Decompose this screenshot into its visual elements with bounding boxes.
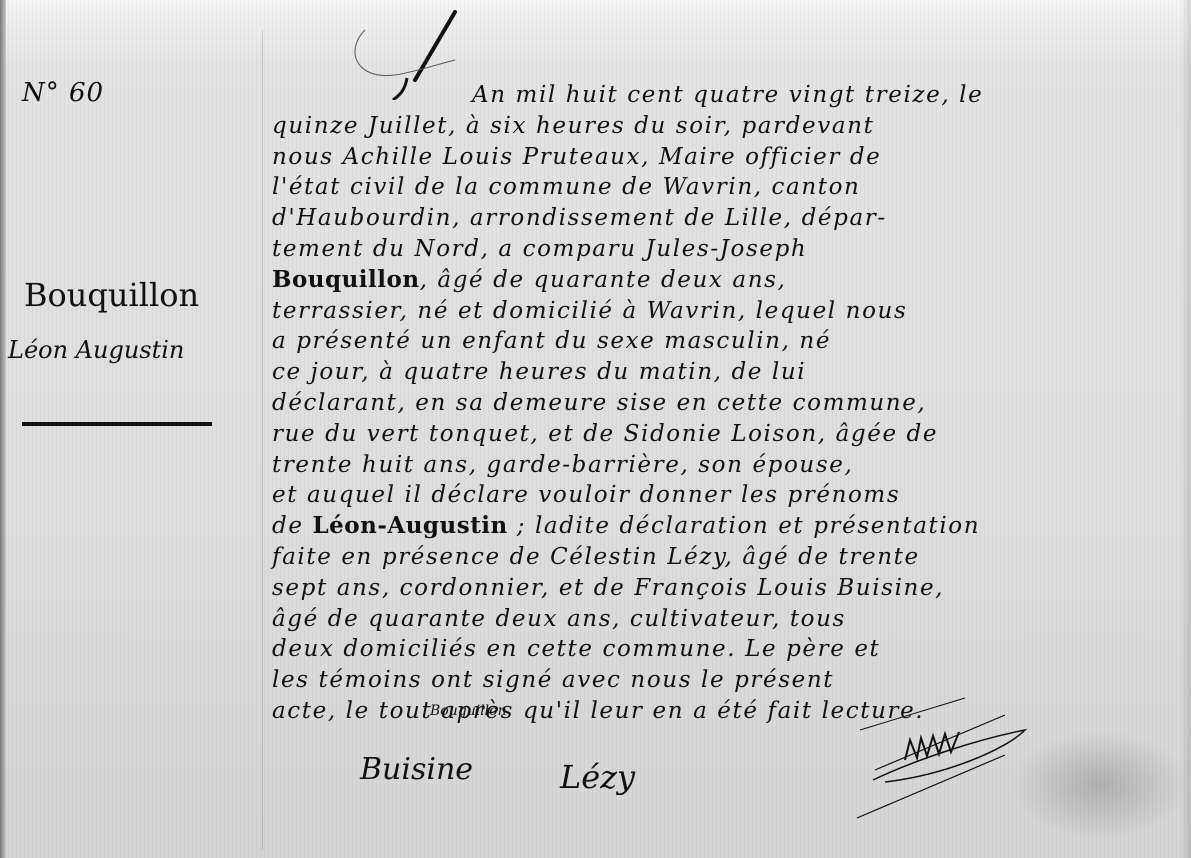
record-line: faite en présence de Célestin Lézy, âgé … (272, 542, 1184, 573)
father-surname: Bouquillon (272, 266, 420, 293)
ink-smudge (1010, 730, 1190, 840)
signature-witness-1: Buisine (360, 752, 473, 787)
record-line: et auquel il déclare vouloir donner les … (272, 480, 1184, 511)
margin-rule (262, 30, 263, 850)
record-line-rest: ; ladite déclaration et présentation (508, 513, 980, 539)
record-line: sept ans, cordonnier, et de François Lou… (272, 573, 1184, 604)
record-line: ce jour, à quatre heures du matin, de lu… (272, 357, 1184, 388)
record-line: Bouquillon, âgé de quarante deux ans, (272, 265, 1184, 296)
record-line: rue du vert tonquet, et de Sidonie Loiso… (272, 419, 1184, 450)
record-line: terrassier, né et domicilié à Wavrin, le… (272, 296, 1184, 327)
record-line: quinze Juillet, à six heures du soir, pa… (272, 111, 1184, 142)
record-line: nous Achille Louis Pruteaux, Maire offic… (272, 142, 1184, 173)
record-line: An mil huit cent quatre vingt treize, le (272, 80, 1184, 111)
signature-witness-2: Lézy (560, 758, 635, 796)
record-line: tement du Nord, a comparu Jules-Joseph (272, 234, 1184, 265)
act-number: N° 60 (22, 78, 104, 108)
page-binding-edge (0, 0, 6, 858)
child-names: Léon-Augustin (312, 512, 507, 539)
signature-father: Bouquillon (430, 703, 507, 719)
record-line: de Léon-Augustin ; ladite déclaration et… (272, 511, 1184, 542)
record-line-rest: , âgé de quarante deux ans, (420, 267, 787, 293)
margin-underline (22, 422, 212, 426)
record-line-prefix: de (272, 513, 312, 539)
margin-given-names: Léon Augustin (8, 336, 184, 364)
record-line: a présenté un enfant du sexe masculin, n… (272, 326, 1184, 357)
record-line: deux domiciliés en cette commune. Le pèr… (272, 634, 1184, 665)
record-line: d'Haubourdin, arrondissement de Lille, d… (272, 203, 1184, 234)
record-line: âgé de quarante deux ans, cultivateur, t… (272, 604, 1184, 635)
scanned-document: N° 60 Bouquillon Léon Augustin An mil hu… (0, 0, 1191, 858)
record-line: l'état civil de la commune de Wavrin, ca… (272, 172, 1184, 203)
record-body: An mil huit cent quatre vingt treize, le… (272, 80, 1184, 727)
margin-surname: Bouquillon (24, 276, 199, 314)
record-line: trente huit ans, garde-barrière, son épo… (272, 450, 1184, 481)
record-line: déclarant, en sa demeure sise en cette c… (272, 388, 1184, 419)
